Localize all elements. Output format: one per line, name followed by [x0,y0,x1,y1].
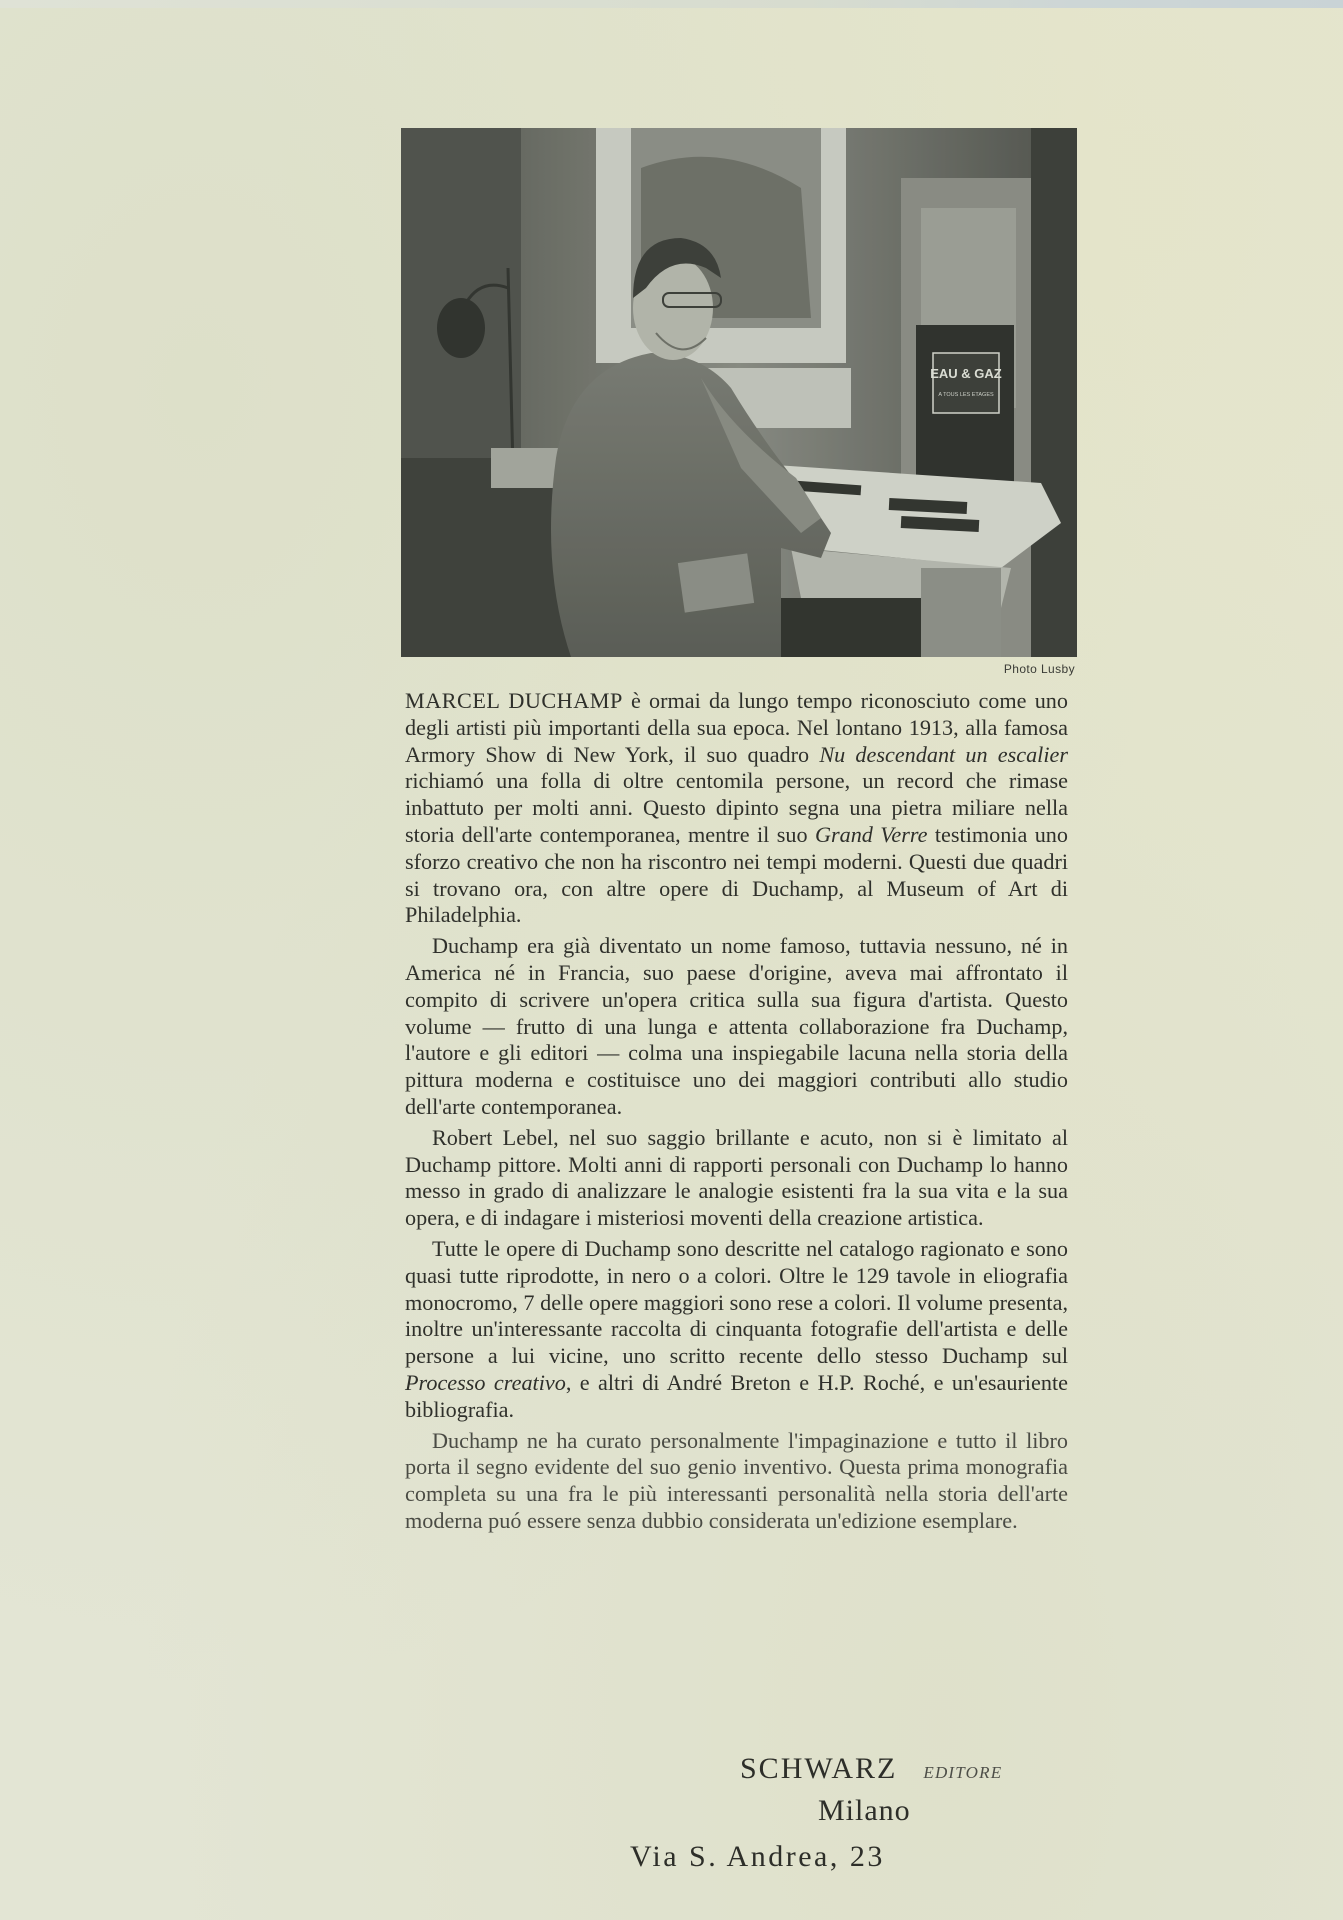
paragraph-2: Duchamp era già diventato un nome famoso… [405,933,1068,1121]
essay-title-processo-creativo: Processo creativo [405,1370,566,1395]
author-name-lead: MARCEL DUCHAMP [405,688,623,713]
paragraph-5: Duchamp ne ha curato personalmente l'imp… [405,1428,1068,1535]
paragraph-4: Tutte le opere di Duchamp sono descritte… [405,1236,1068,1424]
photo-credit: Photo Lusby [1004,662,1075,676]
blurb-text: MARCEL DUCHAMP è ormai da lungo tempo ri… [405,688,1068,1535]
photo-illustration: EAU & GAZ A TOUS LES ETAGES [401,128,1077,657]
publisher-city: Milano [818,1794,911,1828]
artwork-title-grand-verre: Grand Verre [815,822,928,847]
paragraph-1: MARCEL DUCHAMP è ormai da lungo tempo ri… [405,688,1068,929]
publisher-name: SCHWARZ [740,1752,897,1785]
publisher-address: Via S. Andrea, 23 [630,1840,885,1874]
publisher-role: EDITORE [923,1763,1002,1782]
paragraph-3: Robert Lebel, nel suo saggio brillante e… [405,1125,1068,1232]
artwork-title-nu-descendant: Nu descendant un escalier [819,742,1068,767]
publisher-line: SCHWARZEDITORE [740,1752,1002,1786]
duchamp-photo: EAU & GAZ A TOUS LES ETAGES [401,128,1077,657]
paragraph-4-text-a: Tutte le opere di Duchamp sono descritte… [405,1236,1068,1368]
